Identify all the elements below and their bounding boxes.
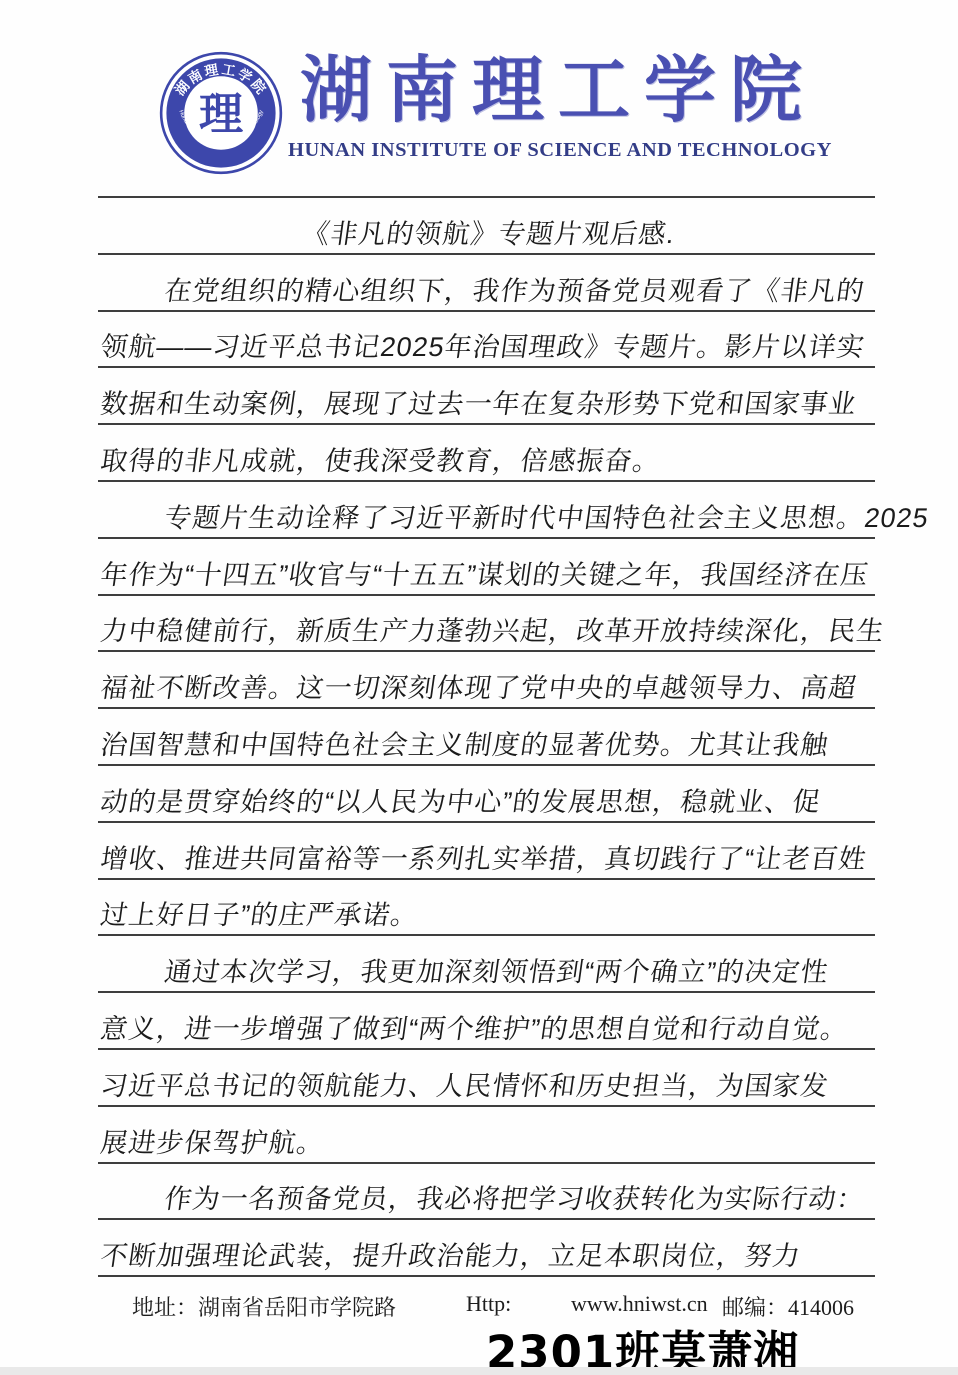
essay-line-row: 领航——习近平总书记2025年治国理政》专题片。影片以详实 bbox=[98, 312, 875, 369]
essay-line-row: 习近平总书记的领航能力、人民情怀和历史担当，为国家发 bbox=[98, 1050, 875, 1107]
essay-line-3: 数据和生动案例，展现了过去一年在复杂形势下党和国家事业 bbox=[98, 391, 858, 423]
footer-website: www.hniwst.cn bbox=[571, 1291, 708, 1317]
scanned-document-page: 湖南理工学院 Hunan Institute of Science and Te… bbox=[0, 0, 958, 1375]
essay-line-12: 过上好日子”的庄严承诺。 bbox=[98, 902, 420, 934]
ruled-writing-area: 《非凡的领航》专题片观后感. 在党组织的精心组织下，我作为预备党员观看了《非凡的… bbox=[98, 196, 875, 1277]
essay-line-row: 福祉不断改善。这一切深刻体现了党中央的卓越领导力、高超 bbox=[98, 652, 875, 709]
essay-line-6: 年作为“十四五”收官与“十五五”谋划的关键之年，我国经济在压 bbox=[98, 562, 870, 594]
essay-line-15: 习近平总书记的领航能力、人民情怀和历史担当，为国家发 bbox=[98, 1073, 830, 1105]
essay-line-row: 取得的非凡成就，使我深受教育，倍感振奋。 bbox=[98, 425, 875, 482]
essay-line-17: 作为一名预备党员，我必将把学习收获转化为实际行动： bbox=[162, 1186, 866, 1218]
essay-title-row: 《非凡的领航》专题片观后感. bbox=[98, 198, 875, 255]
essay-line-row: 动的是贯穿始终的“以人民为中心”的发展思想，稳就业、促 bbox=[98, 766, 875, 823]
essay-line-8: 福祉不断改善。这一切深刻体现了党中央的卓越领导力、高超 bbox=[98, 675, 858, 707]
essay-line-row: 力中稳健前行，新质生产力蓬勃兴起，改革开放持续深化，民生 bbox=[98, 596, 875, 653]
essay-line-14: 意义，进一步增强了做到“两个维护”的思想自觉和行动自觉。 bbox=[98, 1016, 850, 1048]
essay-line-18: 不断加强理论武装，提升政治能力，立足本职岗位，努力 bbox=[98, 1243, 802, 1275]
essay-line-2: 领航——习近平总书记2025年治国理政》专题片。影片以详实 bbox=[98, 334, 867, 366]
essay-line-row: 数据和生动案例，展现了过去一年在复杂形势下党和国家事业 bbox=[98, 368, 875, 425]
essay-line-row: 展进步保驾护航。 bbox=[98, 1107, 875, 1164]
essay-line-row: 年作为“十四五”收官与“十五五”谋划的关键之年，我国经济在压 bbox=[98, 539, 875, 596]
footer-address: 地址：湖南省岳阳市学院路 bbox=[132, 1291, 396, 1322]
essay-line-16: 展进步保驾护航。 bbox=[98, 1130, 326, 1162]
university-name-cn: 湖南理工学院 bbox=[300, 52, 820, 131]
essay-title: 《非凡的领航》专题片观后感. bbox=[300, 221, 677, 253]
essay-line-7: 力中稳健前行，新质生产力蓬勃兴起，改革开放持续深化，民生 bbox=[98, 618, 886, 650]
essay-line-4: 取得的非凡成就，使我深受教育，倍感振奋。 bbox=[98, 448, 662, 480]
essay-line-10: 动的是贯穿始终的“以人民为中心”的发展思想，稳就业、促 bbox=[98, 789, 822, 821]
essay-line-row: 专题片生动诠释了习近平新时代中国特色社会主义思想。2025 bbox=[98, 482, 875, 539]
essay-line-row: 过上好日子”的庄严承诺。 bbox=[98, 880, 875, 937]
essay-line-1: 在党组织的精心组织下，我作为预备党员观看了《非凡的 bbox=[162, 278, 866, 310]
essay-line-11: 增收、推进共同富裕等一系列扎实举措，真切践行了“让老百姓 bbox=[98, 846, 868, 878]
essay-line-row: 治国智慧和中国特色社会主义制度的显著优势。尤其让我触 bbox=[98, 709, 875, 766]
essay-line-row: 作为一名预备党员，我必将把学习收获转化为实际行动： bbox=[98, 1164, 875, 1221]
page-bottom-edge bbox=[0, 1367, 958, 1375]
seal-monogram: 理 bbox=[199, 90, 244, 139]
university-name-en: HUNAN INSTITUTE OF SCIENCE AND TECHNOLOG… bbox=[288, 139, 828, 162]
essay-line-5: 专题片生动诠释了习近平新时代中国特色社会主义思想。2025 bbox=[162, 505, 931, 537]
footer-http-label: Http: bbox=[466, 1291, 511, 1317]
essay-line-13: 通过本次学习，我更加深刻领悟到“两个确立”的决定性 bbox=[162, 959, 830, 991]
essay-line-9: 治国智慧和中国特色社会主义制度的显著优势。尤其让我触 bbox=[98, 732, 830, 764]
essay-line-row: 通过本次学习，我更加深刻领悟到“两个确立”的决定性 bbox=[98, 936, 875, 993]
essay-line-row: 增收、推进共同富裕等一系列扎实举措，真切践行了“让老百姓 bbox=[98, 823, 875, 880]
essay-line-row: 在党组织的精心组织下，我作为预备党员观看了《非凡的 bbox=[98, 255, 875, 312]
university-seal-logo: 湖南理工学院 Hunan Institute of Science and Te… bbox=[158, 50, 284, 176]
essay-line-row: 意义，进一步增强了做到“两个维护”的思想自觉和行动自觉。 bbox=[98, 993, 875, 1050]
essay-line-row: 不断加强理论武装，提升政治能力，立足本职岗位，努力 bbox=[98, 1220, 875, 1277]
